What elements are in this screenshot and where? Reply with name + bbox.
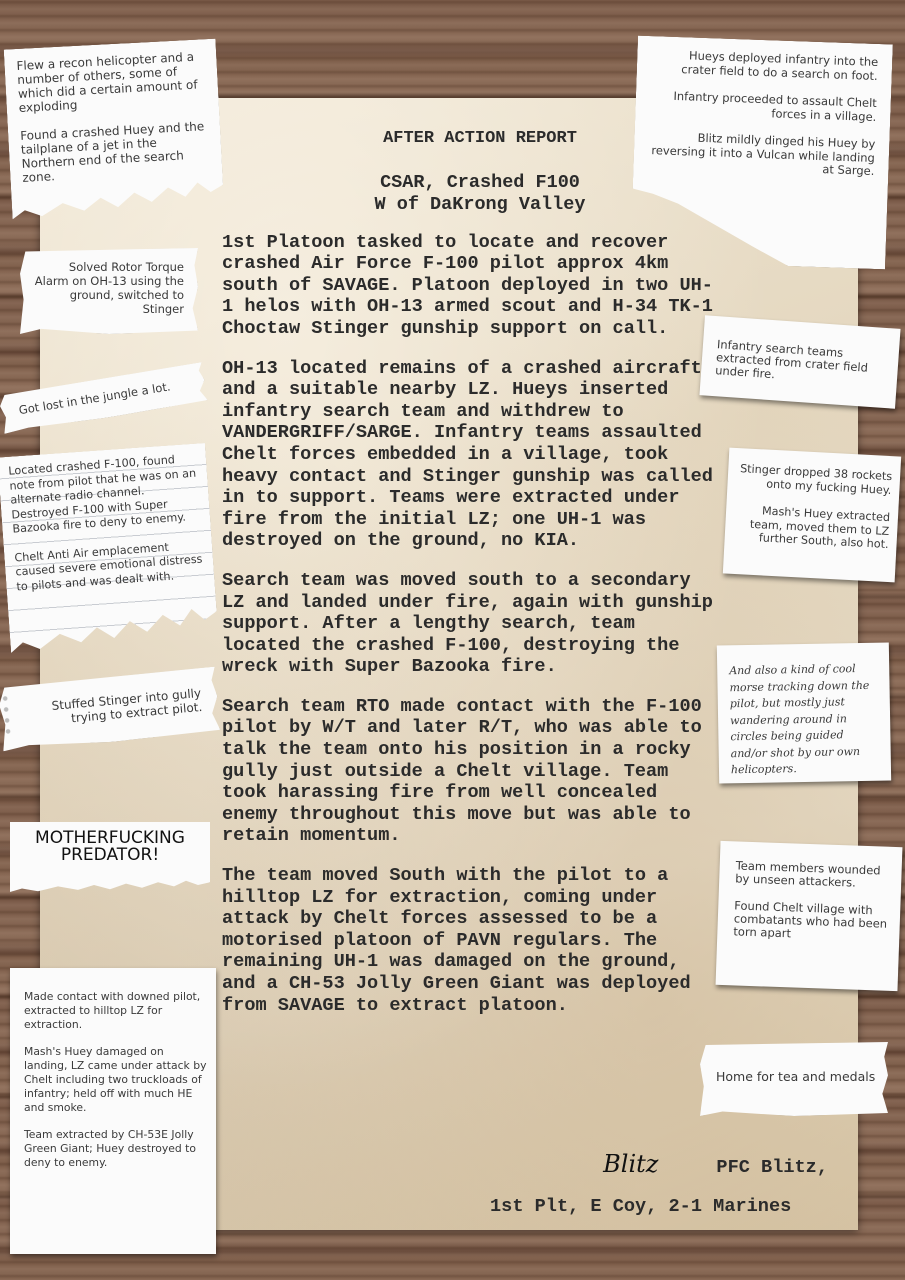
- report-paragraph: OH-13 located remains of a crashed aircr…: [222, 358, 722, 552]
- note-text: Team extracted by CH-53E Jolly Green Gia…: [24, 1128, 208, 1169]
- note-text: Mash's Huey damaged on landing, LZ came …: [24, 1045, 208, 1114]
- note-predator: MOTHERFUCKING PREDATOR!: [10, 822, 210, 892]
- note-text: Chelt Anti Air emplacement caused severe…: [14, 538, 205, 595]
- report-paragraph: The team moved South with the pilot to a…: [222, 865, 722, 1016]
- note-infantry-extracted: Infantry search teams extracted from cra…: [699, 315, 900, 408]
- signoff-name: PFC Blitz,: [716, 1157, 828, 1178]
- note-text: Solved Rotor Torque Alarm on OH-13 using…: [34, 260, 184, 316]
- note-text: Found Chelt village with combatants who …: [733, 899, 890, 943]
- note-text: Blitz mildly dinged his Huey by reversin…: [647, 130, 875, 178]
- note-text: Home for tea and medals: [716, 1070, 878, 1084]
- report-subtitle-line-2: W of DaKrong Valley: [238, 194, 722, 216]
- note-text: MOTHERFUCKING PREDATOR!: [20, 830, 200, 864]
- note-text: Flew a recon helicopter and a number of …: [16, 49, 207, 115]
- report-paragraph: 1st Platoon tasked to locate and recover…: [222, 232, 722, 340]
- note-text: Team members wounded by unseen attackers…: [735, 859, 892, 890]
- note-team-wounded: Team members wounded by unseen attackers…: [716, 841, 903, 991]
- note-text: Infantry proceeded to assault Chelt forc…: [649, 89, 877, 124]
- note-text: Hueys deployed infantry into the crater …: [651, 48, 879, 83]
- note-morse-tracking: And also a kind of cool morse tracking d…: [717, 643, 891, 784]
- note-text: Located crashed F-100, found note from p…: [8, 452, 201, 537]
- note-text: And also a kind of cool morse tracking d…: [729, 661, 879, 779]
- note-text: Found a crashed Huey and the tailplane o…: [20, 119, 211, 185]
- note-home-tea-medals: Home for tea and medals: [700, 1042, 888, 1116]
- signoff-unit: 1st Plt, E Coy, 2-1 Marines: [490, 1196, 850, 1217]
- note-text: Made contact with downed pilot, extracte…: [24, 990, 208, 1031]
- note-text: Mash's Huey extracted team, moved them t…: [732, 503, 890, 552]
- signature-block: Blitz PFC Blitz, 1st Plt, E Coy, 2-1 Mar…: [490, 1150, 850, 1217]
- note-rotor-torque: Solved Rotor Torque Alarm on OH-13 using…: [20, 248, 198, 334]
- report-paragraph: Search team was moved south to a seconda…: [222, 570, 722, 678]
- handwritten-signature: Blitz: [603, 1150, 658, 1178]
- note-stinger-rockets: Stinger dropped 38 rockets onto my fucki…: [723, 448, 901, 583]
- report-paragraph: Search team RTO made contact with the F-…: [222, 696, 722, 847]
- note-text: Stinger dropped 38 rockets onto my fucki…: [735, 462, 892, 497]
- note-contact-pilot: Made contact with downed pilot, extracte…: [10, 968, 216, 1254]
- after-action-report: AFTER ACTION REPORT CSAR, Crashed F100 W…: [222, 128, 722, 1016]
- note-text: Stuffed Stinger into gully trying to ext…: [29, 686, 203, 729]
- note-text: Infantry search teams extracted from cra…: [715, 338, 885, 389]
